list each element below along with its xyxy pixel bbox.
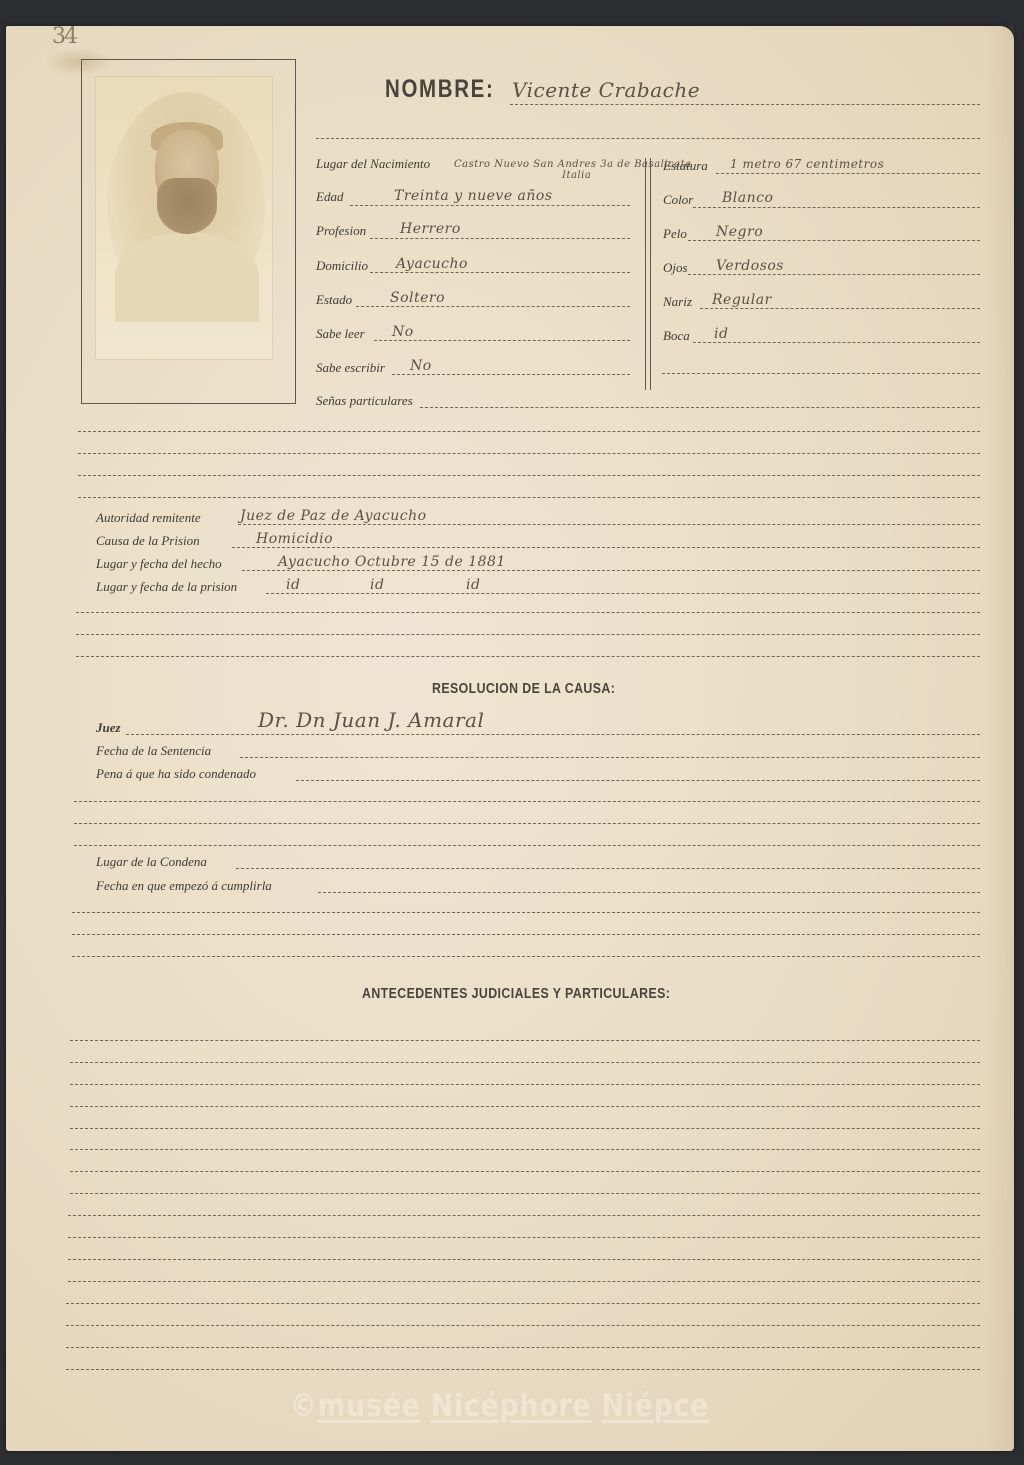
antecedents-line	[68, 1259, 980, 1260]
copyright-icon: ©	[290, 1388, 318, 1424]
can-read-rule	[374, 340, 630, 341]
cause-label: Causa de la Prision	[96, 533, 200, 549]
distinguishing-marks-rule	[420, 407, 980, 408]
photo-shoulders	[115, 232, 259, 322]
nose-rule	[700, 308, 980, 309]
prison-date-value: id	[370, 577, 384, 593]
distinguishing-marks-label: Señas particulares	[316, 393, 413, 409]
event-place-date-label: Lugar y fecha del hecho	[96, 556, 222, 572]
watermark-word: Nicéphore	[431, 1388, 592, 1424]
antecedents-line	[68, 1281, 980, 1282]
rule	[78, 453, 980, 454]
rule	[76, 656, 980, 657]
prison-place-date-rule	[266, 593, 980, 594]
rule	[316, 138, 980, 139]
rule	[74, 845, 980, 846]
height-rule	[716, 173, 980, 174]
antecedents-line	[70, 1106, 980, 1107]
page-number: 34	[52, 24, 76, 49]
antecedents-line	[70, 1193, 980, 1194]
sentence-place-label: Lugar de la Condena	[96, 854, 207, 870]
marital-status-value: Soltero	[390, 290, 445, 306]
hair-label: Pelo	[663, 226, 687, 242]
antecedents-line	[70, 1084, 980, 1085]
cause-value: Homicidio	[256, 531, 333, 547]
can-write-value: No	[410, 358, 432, 374]
rule	[72, 934, 980, 935]
penalty-label: Pena á que ha sido condenado	[96, 766, 256, 782]
mouth-label: Boca	[663, 328, 690, 344]
antecedents-line	[66, 1347, 980, 1348]
color-rule	[693, 207, 980, 208]
antecedents-line	[70, 1171, 980, 1172]
rule	[662, 373, 980, 374]
antecedents-line	[70, 1040, 980, 1041]
antecedents-line	[70, 1149, 980, 1150]
color-value: Blanco	[722, 190, 773, 206]
antecedents-line	[66, 1303, 980, 1304]
domicile-rule	[370, 272, 630, 273]
eyes-value: Verdosos	[716, 258, 784, 274]
rule	[74, 823, 980, 824]
birthplace-country-value: Italia	[562, 170, 591, 181]
rule	[78, 497, 980, 498]
can-write-rule	[392, 374, 630, 375]
nose-value: Regular	[712, 292, 772, 308]
antecedents-line	[66, 1369, 980, 1370]
marital-status-rule	[356, 306, 630, 307]
portrait-photo	[96, 77, 272, 359]
antecedents-heading: ANTECEDENTES JUDICIALES Y PARTICULARES:	[362, 986, 670, 1002]
height-label: Estatura	[663, 158, 708, 174]
penalty-rule	[296, 780, 980, 781]
age-value: Treinta y nueve años	[394, 188, 553, 204]
nose-label: Nariz	[663, 294, 692, 310]
age-rule	[350, 205, 630, 206]
antecedents-line	[66, 1325, 980, 1326]
profession-rule	[370, 238, 630, 239]
profession-value: Herrero	[400, 221, 461, 237]
height-value: 1 metro 67 centimetros	[730, 157, 884, 171]
mouth-rule	[693, 342, 980, 343]
name-heading-label: NOMBRE:	[385, 75, 494, 104]
sending-authority-label: Autoridad remitente	[96, 510, 201, 526]
can-read-value: No	[392, 324, 414, 340]
sending-authority-rule	[238, 524, 980, 525]
rule	[78, 431, 980, 432]
photo-beard	[157, 178, 217, 234]
sentence-start-label: Fecha en que empezó á cumplirla	[96, 878, 272, 894]
antecedents-line	[70, 1062, 980, 1063]
sending-authority-value: Juez de Paz de Ayacucho	[240, 508, 427, 524]
rule	[72, 912, 980, 913]
eyes-rule	[688, 274, 980, 275]
rule	[72, 956, 980, 957]
antecedents-line	[70, 1128, 980, 1129]
rule	[78, 475, 980, 476]
age-label: Edad	[316, 189, 343, 205]
column-divider	[645, 158, 646, 390]
judge-label: Juez	[96, 720, 121, 736]
cause-rule	[232, 547, 980, 548]
event-place-date-rule	[242, 570, 980, 571]
can-read-label: Sabe leer	[316, 326, 365, 342]
judge-rule	[126, 734, 980, 735]
antecedents-line	[68, 1215, 980, 1216]
museum-watermark: ©musée Nicéphore Niépce	[290, 1388, 709, 1424]
sentence-start-rule	[318, 892, 980, 893]
hair-value: Negro	[716, 224, 763, 240]
marital-status-label: Estado	[316, 292, 352, 308]
watermark-word: musée	[318, 1388, 421, 1424]
watermark-word: Niépce	[602, 1388, 710, 1424]
name-value: Vicente Crabache	[512, 78, 700, 102]
prison-date-value-2: id	[466, 577, 480, 593]
sentence-date-rule	[240, 757, 980, 758]
domicile-label: Domicilio	[316, 258, 368, 274]
rule	[74, 801, 980, 802]
color-label: Color	[663, 192, 693, 208]
antecedents-line	[68, 1237, 980, 1238]
profession-label: Profesion	[316, 223, 366, 239]
rule	[76, 634, 980, 635]
sentence-date-label: Fecha de la Sentencia	[96, 743, 211, 759]
prison-place-value: id	[286, 577, 300, 593]
name-rule	[510, 104, 980, 105]
rule	[76, 612, 980, 613]
prison-place-date-label: Lugar y fecha de la prision	[96, 579, 237, 595]
eyes-label: Ojos	[663, 260, 688, 276]
resolution-heading: RESOLUCION DE LA CAUSA:	[432, 681, 615, 697]
mouth-value: id	[714, 326, 728, 342]
domicile-value: Ayacucho	[396, 256, 468, 272]
can-write-label: Sabe escribir	[316, 360, 385, 376]
birthplace-label: Lugar del Nacimiento	[316, 156, 430, 172]
hair-rule	[688, 240, 980, 241]
event-place-date-value: Ayacucho Octubre 15 de 1881	[278, 554, 506, 570]
photo-oval	[107, 92, 265, 317]
birthplace-value: Castro Nuevo San Andres 3a de Basalicata	[454, 159, 692, 170]
column-divider	[650, 158, 651, 390]
judge-value: Dr. Dn Juan J. Amaral	[258, 708, 484, 732]
sentence-place-rule	[236, 868, 980, 869]
